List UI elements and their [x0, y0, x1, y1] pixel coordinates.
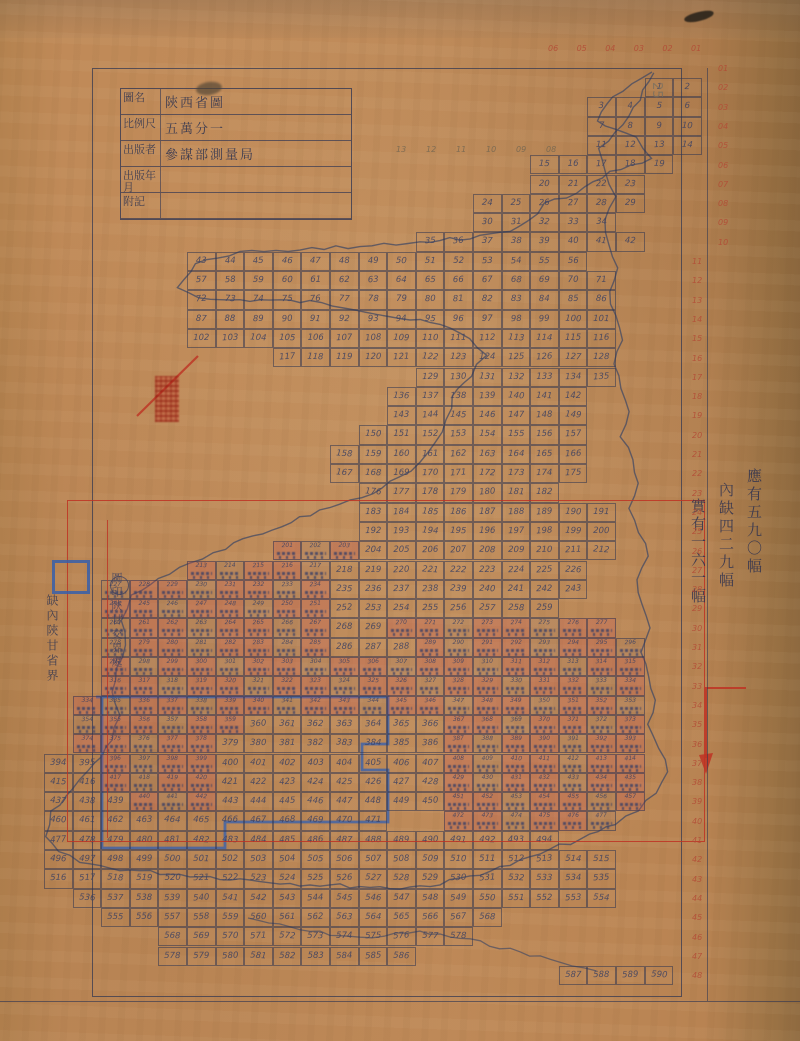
margin-index-number: 01 [718, 64, 728, 73]
margin-index-number: 37 [692, 759, 702, 768]
margin-index-number: 09 [718, 218, 728, 227]
margin-index-number: 04 [605, 44, 615, 53]
margin-index-number: 19 [692, 411, 702, 420]
margin-index-number: 29 [692, 604, 702, 613]
margin-index-number: 30 [692, 624, 702, 633]
margin-index-number: 47 [692, 952, 702, 961]
margin-index-number: 06 [718, 161, 728, 170]
margin-index-number: 20 [692, 431, 702, 440]
margin-index-number: 07 [718, 180, 728, 189]
margin-index-number: 02 [718, 83, 728, 92]
margin-index-number: 34 [692, 701, 702, 710]
margin-index-number: 42 [692, 855, 702, 864]
margin-index-number: 45 [692, 913, 702, 922]
margin-index-number: 08 [546, 145, 556, 154]
margin-index-number: 10 [718, 238, 728, 247]
margin-index-number: 28 [692, 585, 702, 594]
margin-index-number: 43 [692, 875, 702, 884]
margin-index-number: 10 [486, 145, 496, 154]
margin-index-number: 14 [692, 315, 702, 324]
margin-index-number: 01 [691, 44, 701, 53]
margin-index-number: 48 [692, 971, 702, 980]
margin-index-number: 15 [692, 334, 702, 343]
margin-index-number: 17 [692, 373, 702, 382]
margin-index-number: 18 [692, 392, 702, 401]
margin-index-number: 08 [718, 199, 728, 208]
margin-index-number: 38 [692, 778, 702, 787]
margin-index-number: 13 [396, 145, 406, 154]
margin-index-number: 03 [634, 44, 644, 53]
margin-index-number: 11 [456, 145, 466, 154]
margin-index-numbers: 0605040302011312111009080102030405060708… [0, 0, 800, 1041]
margin-index-number: 35 [692, 720, 702, 729]
margin-index-number: 26 [692, 547, 702, 556]
margin-index-number: 44 [692, 894, 702, 903]
margin-index-number: 02 [662, 44, 672, 53]
margin-index-number: 31 [692, 643, 702, 652]
margin-index-number: 46 [692, 933, 702, 942]
margin-index-number: 22 [692, 469, 702, 478]
margin-index-number: 12 [426, 145, 436, 154]
margin-index-number: 41 [692, 836, 702, 845]
margin-index-number: 04 [718, 122, 728, 131]
margin-index-number: 05 [577, 44, 587, 53]
margin-index-number: 05 [718, 141, 728, 150]
margin-index-number: 23 [692, 489, 702, 498]
margin-index-number: 03 [718, 103, 728, 112]
margin-index-number: 39 [692, 797, 702, 806]
margin-index-number: 32 [692, 662, 702, 671]
margin-index-number: 36 [692, 740, 702, 749]
margin-index-number: 16 [692, 354, 702, 363]
margin-index-number: 11 [692, 257, 702, 266]
margin-index-number: 21 [692, 450, 702, 459]
margin-index-number: 33 [692, 682, 702, 691]
margin-index-number: 25 [692, 527, 702, 536]
margin-index-number: 13 [692, 296, 702, 305]
margin-index-number: 27 [692, 566, 702, 575]
margin-index-number: 24 [692, 508, 702, 517]
margin-index-number: 06 [548, 44, 558, 53]
margin-index-number: 09 [516, 145, 526, 154]
margin-index-number: 40 [692, 817, 702, 826]
margin-index-number: 12 [692, 276, 702, 285]
